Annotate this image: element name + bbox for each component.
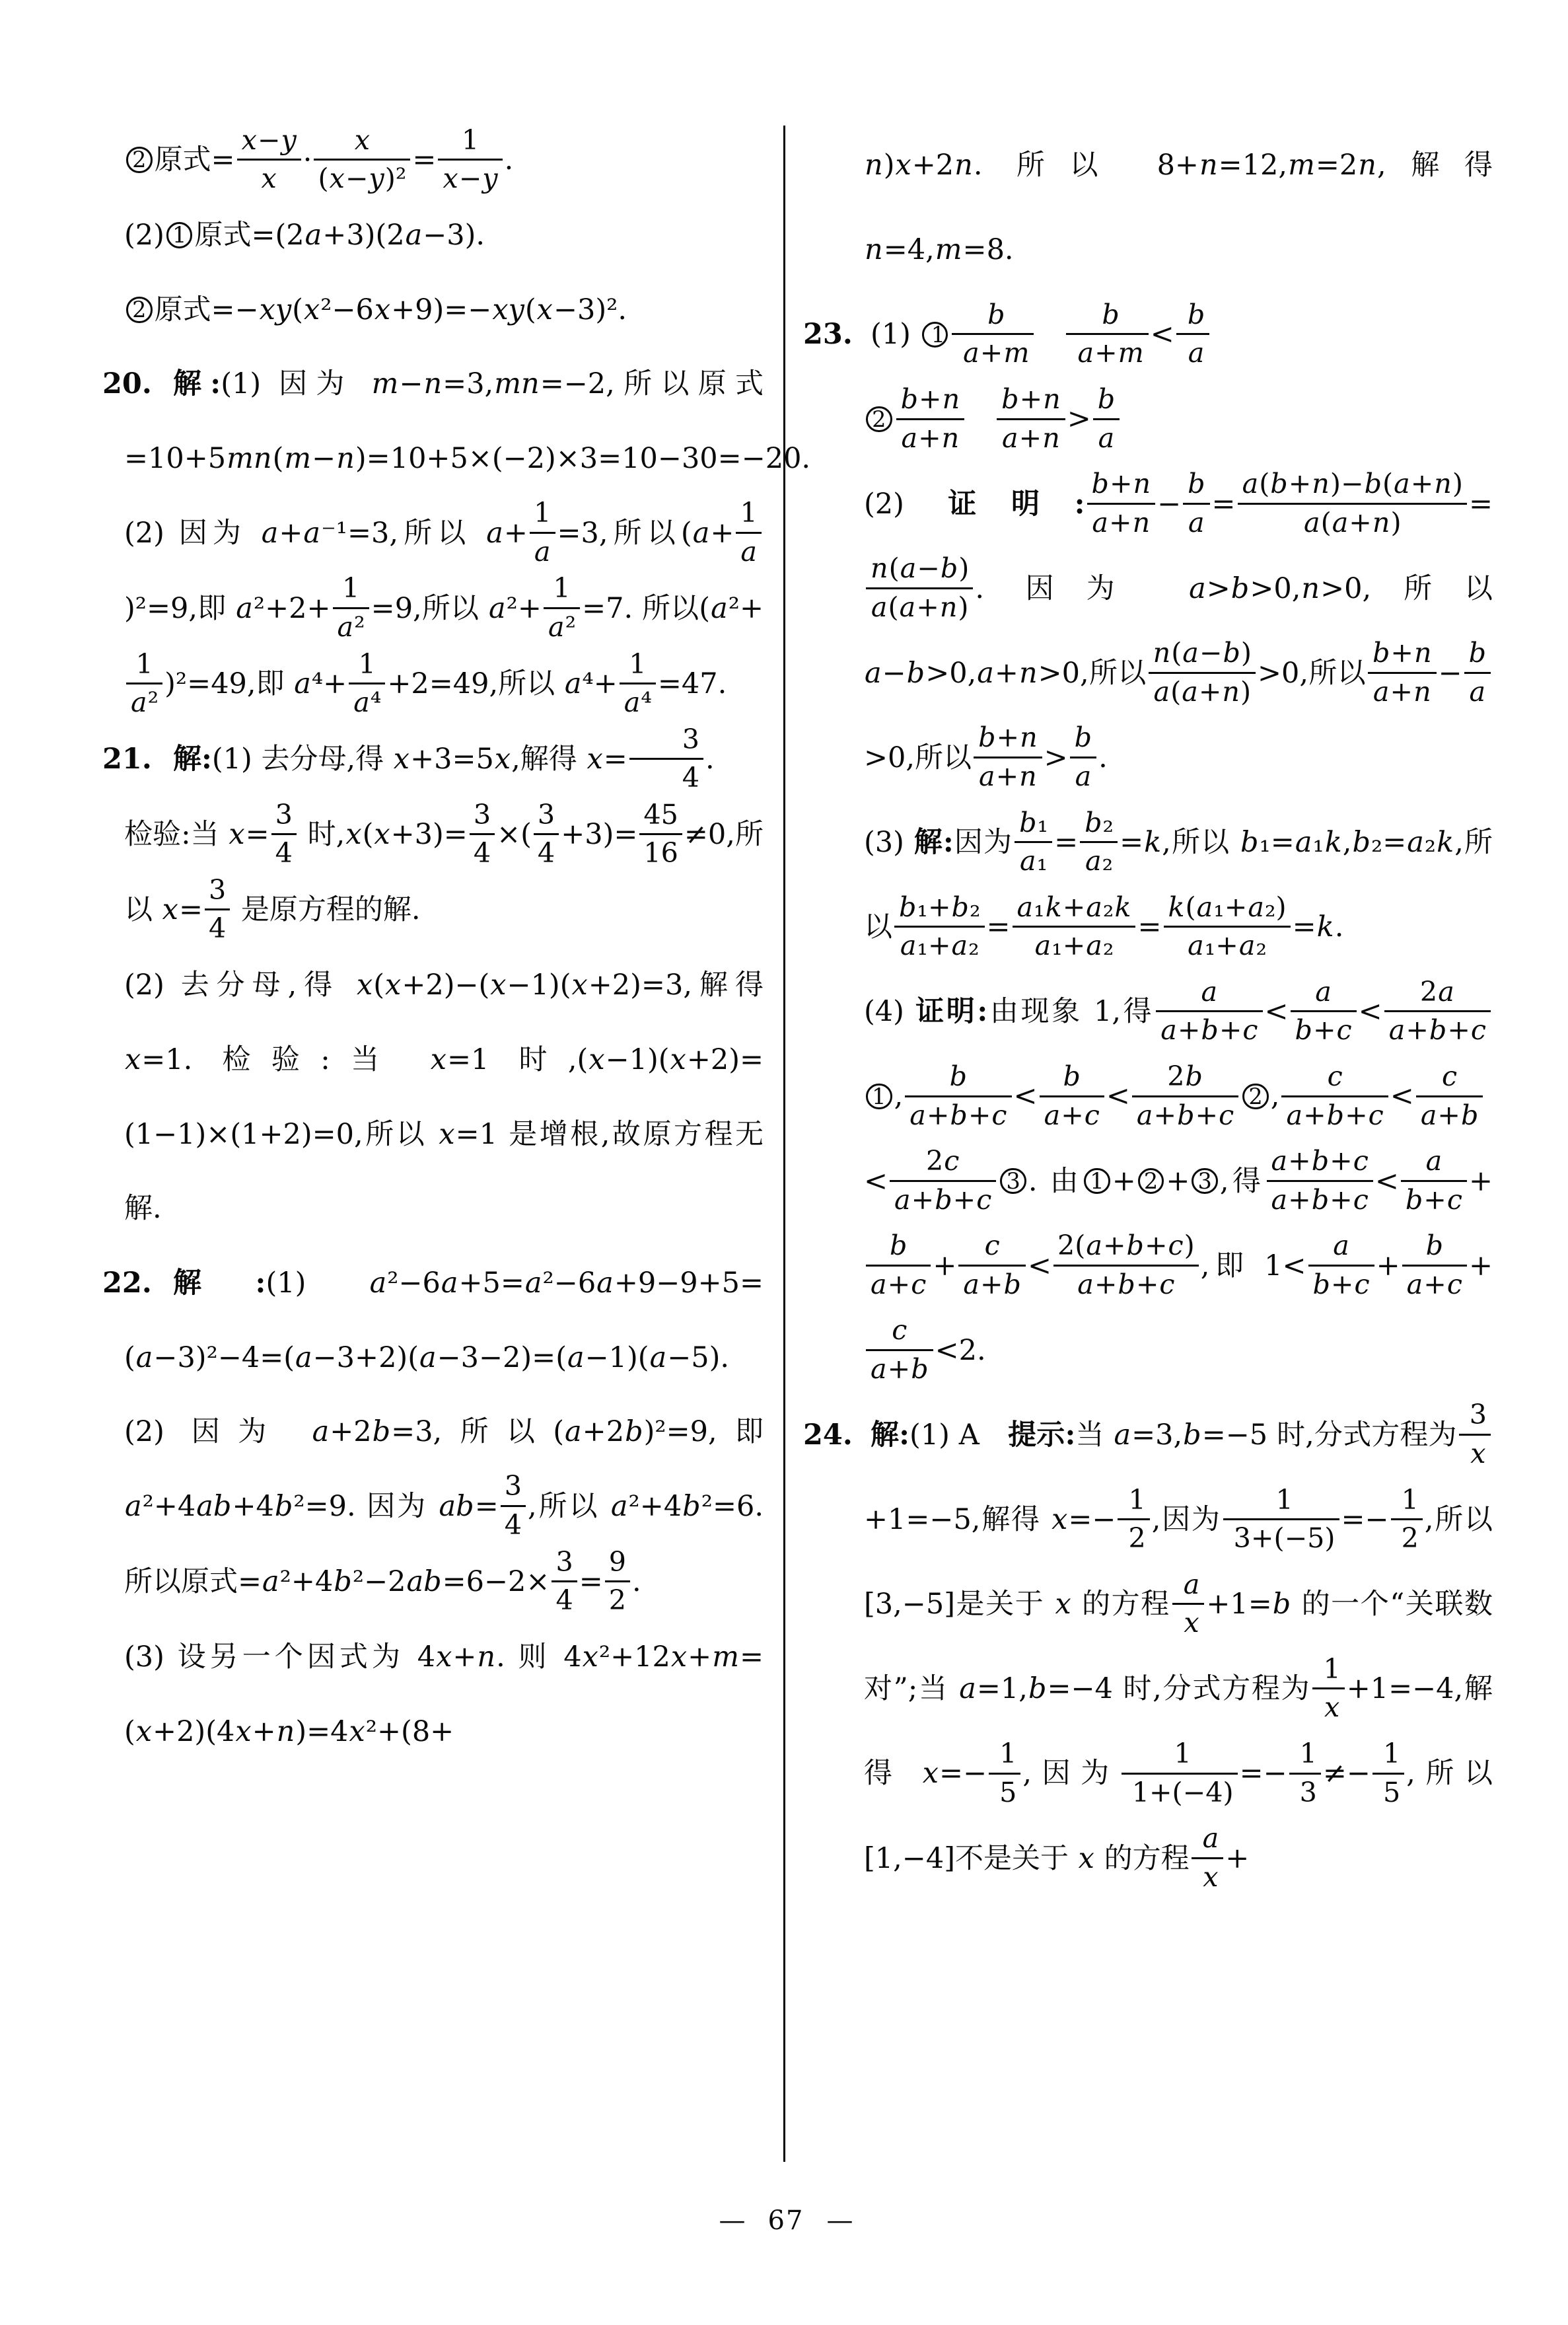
circled-number: 2	[1242, 1084, 1269, 1110]
fraction: 13+(−5)	[1223, 1483, 1339, 1556]
math-variable: x	[1470, 1438, 1486, 1469]
math-variable: x	[1324, 1691, 1340, 1723]
fraction: b₂a₂	[1080, 806, 1118, 879]
fraction: 34	[470, 798, 495, 871]
math-variable: b	[889, 1230, 908, 1261]
solution-paragraph: 解:(1) 因为 m−n=3,mn=−2,所以原式=10+5mn(m−n)=10…	[124, 347, 764, 496]
math-variable: x	[135, 1715, 153, 1748]
math-variable: b	[1460, 1099, 1479, 1131]
math-variable: a	[610, 1490, 629, 1523]
item-number: 22.	[102, 1246, 152, 1321]
math-variable: b	[1429, 1014, 1447, 1046]
math-variable: a	[976, 657, 995, 690]
solution-paragraph: n)x+2n. 所以 8+n=12,m=2n,解得 n=4,m=8.	[864, 123, 1493, 292]
fraction: ba+c	[866, 1229, 931, 1302]
math-variable: b	[1182, 1419, 1202, 1452]
math-variable: a	[871, 591, 888, 623]
math-variable: a	[1201, 976, 1219, 1008]
math-variable: a	[567, 1341, 585, 1374]
math-variable: n	[1153, 637, 1172, 669]
circled-number: 3	[1000, 1168, 1026, 1195]
fraction: ab+c	[1308, 1229, 1374, 1302]
math-variable: c	[1168, 1230, 1184, 1261]
fraction: ca+b+c	[1281, 1060, 1388, 1132]
math-variable: a	[900, 552, 917, 584]
fraction: ba+m	[1066, 298, 1148, 371]
math-variable: a	[1332, 507, 1349, 538]
fraction: 1a²	[333, 572, 369, 644]
bold-label: 提示:	[1008, 1419, 1075, 1452]
solution-paragraph: 解:(1) a²−6a+5=a²−6a+9−9+5=(a−3)²−4=(a−3+…	[124, 1246, 764, 1395]
math-variable: b	[934, 1184, 952, 1216]
math-variable: x	[374, 293, 391, 326]
math-variable: a	[1019, 845, 1037, 877]
math-variable: a	[485, 517, 504, 550]
fraction: b₁+b₂a₁+a₂	[894, 891, 985, 963]
fraction: aa+b+c	[1156, 975, 1262, 1048]
math-variable: mn	[226, 442, 272, 475]
math-variable: ab	[406, 1565, 442, 1598]
fraction: 34	[501, 1469, 526, 1542]
footer-dash-right: —	[826, 2205, 853, 2236]
textbook-answer-page: 2原式=x−yx·x(x−y)²=1x−y.(2)1原式=(2a+3)(2a−3…	[0, 0, 1568, 2325]
math-variable: a	[1202, 1822, 1220, 1854]
fraction: ba	[1176, 298, 1209, 371]
fraction: 15	[989, 1737, 1020, 1810]
math-variable: b	[906, 657, 926, 690]
math-variable: b	[1326, 1099, 1345, 1131]
math-variable: x	[582, 1641, 599, 1674]
math-variable: x	[670, 1641, 688, 1674]
math-variable: a	[303, 517, 321, 550]
math-variable: a	[1182, 637, 1199, 669]
math-variable: a	[1314, 976, 1332, 1008]
fraction: 34	[271, 798, 297, 871]
fraction: ba	[1183, 467, 1209, 540]
math-variable: b	[1126, 1230, 1145, 1261]
fraction: 15	[1372, 1737, 1404, 1810]
fraction: 11+(−4)	[1122, 1737, 1238, 1810]
math-variable: c	[1368, 1099, 1384, 1131]
math-variable: n	[336, 442, 355, 475]
math-variable: x	[1202, 1861, 1219, 1893]
math-variable: b	[1097, 383, 1116, 415]
math-variable: b	[1295, 1014, 1313, 1046]
fraction: ba	[1093, 383, 1120, 455]
solution-paragraph: 解:(1) 去分母,得 x+3=5x,解得 x=34.	[124, 722, 764, 797]
solution-paragraph: (2) 去分母,得 x(x+2)−(x−1)(x+2)=3,解得 x=1. 检验…	[124, 948, 764, 1246]
math-variable: a	[312, 1415, 330, 1448]
math-variable: x	[329, 163, 345, 194]
math-variable: x	[241, 124, 258, 156]
fraction: a₁k+a₂ka₁+a₂	[1013, 891, 1136, 963]
fraction: ca+b	[958, 1229, 1026, 1302]
math-variable: a	[261, 517, 279, 550]
math-variable: a	[1388, 1014, 1406, 1046]
math-variable: c	[1446, 1269, 1463, 1300]
math-variable: a	[1098, 422, 1116, 454]
math-variable: x	[124, 1043, 141, 1076]
fraction: a(b+n)−b(a+n)a(a+n)	[1238, 467, 1467, 540]
math-variable: a	[909, 1099, 927, 1131]
math-variable: a	[353, 686, 371, 718]
circled-number: 3	[1192, 1168, 1218, 1195]
math-variable: a	[900, 930, 917, 961]
math-variable: xy	[491, 293, 525, 326]
math-variable: a	[1001, 422, 1019, 454]
math-variable: a	[1303, 507, 1321, 538]
math-variable: x	[442, 163, 458, 194]
math-variable: b	[949, 1060, 968, 1092]
math-variable: x	[228, 818, 245, 851]
math-variable: b	[274, 1490, 294, 1523]
fraction: ax	[1172, 1568, 1205, 1641]
math-variable: a	[304, 219, 323, 252]
math-variable: b	[1222, 637, 1240, 669]
bold-label: 证明:	[948, 488, 1085, 521]
math-variable: c	[910, 1269, 927, 1300]
math-variable: a	[1077, 1269, 1094, 1300]
math-variable: c	[1242, 1014, 1258, 1046]
fraction: ax	[1192, 1822, 1224, 1894]
math-variable: y	[280, 124, 297, 156]
math-variable: a	[692, 517, 711, 550]
solution-item: 24.解:(1) A 提示:当 a=3,b=−5 时,分式方程为3x+1=−5,…	[864, 1393, 1493, 1901]
math-variable: b	[1018, 807, 1037, 838]
math-variable: m	[1118, 337, 1145, 369]
fraction: ba+m	[952, 298, 1034, 371]
math-variable: a	[1085, 845, 1102, 877]
math-variable: m	[1003, 337, 1030, 369]
circled-number: 2	[1138, 1168, 1164, 1195]
math-variable: x	[356, 969, 373, 1002]
math-variable: c	[976, 1184, 992, 1216]
math-variable: n	[1133, 468, 1152, 499]
math-variable: a	[295, 1341, 313, 1374]
math-variable: b	[682, 1490, 701, 1523]
math-variable: a	[1034, 930, 1052, 961]
math-variable: a	[488, 592, 507, 625]
math-variable: x	[571, 969, 588, 1002]
math-variable: b	[1364, 468, 1382, 499]
math-variable: b	[1240, 826, 1260, 859]
math-variable: a	[958, 1672, 977, 1705]
fraction: b+na+n	[896, 383, 965, 455]
math-variable: a	[441, 1267, 459, 1300]
math-variable: k	[1316, 910, 1335, 943]
right-column: n)x+2n. 所以 8+n=12,m=2n,解得 n=4,m=8.23.(1)…	[864, 123, 1493, 1901]
math-variable: n	[939, 591, 958, 623]
math-variable: a	[1242, 468, 1260, 499]
fraction: 3x	[1459, 1398, 1491, 1471]
math-variable: b	[1028, 1672, 1048, 1705]
math-variable: b	[1117, 1269, 1135, 1300]
fraction: b+na+n	[997, 383, 1065, 455]
math-variable: c	[1441, 1060, 1458, 1092]
bold-label: 解:	[173, 367, 221, 400]
math-variable: b	[1084, 807, 1102, 838]
math-variable: a	[1247, 891, 1265, 923]
math-variable: b	[949, 1099, 968, 1131]
math-variable: b	[951, 891, 970, 923]
fraction: 1a⁴	[620, 647, 656, 720]
math-variable: x	[1051, 1503, 1068, 1536]
math-variable: x	[234, 1715, 252, 1748]
math-variable: a	[1271, 1145, 1289, 1177]
page-number: 67	[768, 2205, 804, 2236]
math-variable: b	[1185, 1060, 1203, 1092]
fraction: 1x−y	[438, 124, 502, 196]
math-variable: n	[954, 149, 974, 182]
fraction: 34	[552, 1545, 577, 1618]
math-variable: x	[354, 124, 371, 156]
fraction: ca+b	[1416, 1060, 1483, 1132]
fraction: ca+b	[866, 1313, 933, 1386]
math-variable: a	[1160, 1014, 1178, 1046]
fraction: b+na+n	[1368, 636, 1437, 709]
math-variable: a	[1044, 1099, 1061, 1131]
math-variable: a	[1136, 1099, 1154, 1131]
bold-label: 解:	[871, 1419, 909, 1452]
math-variable: x	[303, 293, 320, 326]
math-variable: a	[1271, 1184, 1289, 1216]
fraction: a+b+ca+b+c	[1267, 1144, 1373, 1217]
solution-item: 20.解:(1) 因为 m−n=3,mn=−2,所以原式=10+5mn(m−n)…	[124, 347, 764, 722]
math-variable: b	[1351, 826, 1371, 859]
math-variable: a	[1332, 1230, 1350, 1261]
solution-item: 2原式=x−yx·x(x−y)²=1x−y.(2)1原式=(2a+3)(2a−3…	[124, 123, 764, 347]
math-variable: x	[430, 1043, 447, 1076]
solution-paragraph: 2原式=x−yx·x(x−y)²=1x−y.	[124, 123, 764, 198]
math-variable: b	[1187, 468, 1205, 499]
solution-paragraph: 解:(1) A 提示:当 a=3,b=−5 时,分式方程为3x+1=−5,解得 …	[864, 1393, 1493, 1901]
math-variable: a	[899, 591, 917, 623]
math-variable: b	[1269, 468, 1288, 499]
math-variable: ab	[196, 1490, 232, 1523]
solution-paragraph: 2b+na+n b+na+n>ba	[864, 377, 1493, 461]
math-variable: n	[1433, 468, 1452, 499]
math-variable: c	[1218, 1099, 1234, 1131]
math-variable: n	[276, 1715, 296, 1748]
math-variable: m	[1287, 149, 1316, 182]
column-divider-line	[783, 126, 785, 2162]
fraction: 2ba+b+c	[1132, 1060, 1238, 1132]
item-number: 23.	[803, 292, 853, 377]
fraction: ab+c	[1291, 975, 1357, 1048]
math-variable: a	[962, 1269, 980, 1300]
math-variable: m	[283, 442, 312, 475]
math-variable: c	[891, 1314, 908, 1346]
math-variable: a	[293, 667, 312, 700]
math-variable: c	[1158, 1269, 1175, 1300]
math-variable: n	[1018, 760, 1038, 792]
math-variable: n	[1042, 422, 1061, 454]
fraction: 1a²	[126, 647, 162, 720]
solution-paragraph: 检验:当 x=34 时,x(x+3)=34×(34+3)=4516≠0,所以 x…	[124, 797, 764, 948]
math-variable: c	[984, 1230, 1001, 1261]
math-variable: a	[596, 1267, 614, 1300]
footer-dash-left: —	[719, 2205, 746, 2236]
math-variable: k	[1045, 891, 1063, 923]
math-variable: b	[333, 1565, 353, 1598]
math-variable: x	[670, 1043, 687, 1076]
math-variable: a	[1469, 676, 1487, 708]
fraction: 12	[1391, 1483, 1423, 1556]
item-number: 24.	[803, 1393, 853, 1477]
math-variable: a	[1085, 891, 1103, 923]
math-variable: a	[1420, 1099, 1438, 1131]
math-variable: x	[588, 1043, 605, 1076]
math-variable: y	[368, 163, 384, 194]
math-variable: n	[1018, 657, 1038, 690]
circled-number: 1	[922, 322, 948, 348]
math-variable: a	[1196, 891, 1214, 923]
fraction: 34	[534, 798, 559, 871]
solution-paragraph: (1) 1ba+m ba+m<ba	[864, 292, 1493, 377]
math-variable: a	[1188, 337, 1205, 369]
math-variable: b	[1074, 721, 1092, 753]
math-variable: a	[124, 1490, 143, 1523]
fraction: 12	[1118, 1483, 1149, 1556]
math-variable: b	[1001, 383, 1019, 415]
math-variable: a	[1091, 507, 1109, 538]
bold-label: 证明:	[915, 995, 987, 1028]
math-variable: a	[405, 219, 423, 252]
math-variable: n	[1301, 572, 1320, 605]
solution-paragraph: (2)1原式=(2a+3)(2a−3).	[124, 198, 764, 273]
math-variable: a	[419, 1341, 437, 1374]
math-variable: a	[1238, 930, 1256, 961]
math-variable: a	[1016, 891, 1034, 923]
math-variable: k	[1114, 891, 1131, 923]
math-variable: n	[1132, 507, 1151, 538]
fraction: ba+b+c	[905, 1060, 1011, 1132]
fraction: b+na+n	[1087, 467, 1156, 540]
math-variable: x	[373, 818, 390, 851]
math-variable: b	[900, 383, 919, 415]
math-variable: a	[870, 1353, 888, 1385]
fraction: ba	[1464, 636, 1491, 709]
math-variable: b	[898, 891, 917, 923]
solution-paragraph: (2) 因为 a+2b=3,所以(a+2b)²=9,即 a²+4ab+4b²=9…	[124, 1395, 764, 1620]
math-variable: c	[1353, 1145, 1369, 1177]
math-variable: n	[1311, 468, 1330, 499]
math-variable: x	[536, 293, 553, 326]
math-variable: c	[1446, 1184, 1463, 1216]
math-variable: b	[978, 721, 996, 753]
math-variable: n	[1042, 383, 1061, 415]
fraction: x(x−y)²	[314, 124, 410, 196]
math-variable: a	[1113, 1419, 1131, 1452]
math-variable: x	[384, 969, 402, 1002]
circled-number: 1	[1084, 1168, 1110, 1195]
math-variable: k	[1168, 891, 1186, 923]
bold-label: 解:	[173, 1267, 266, 1300]
fraction: n(a−b)a(a+n)	[1149, 636, 1256, 709]
math-variable: a	[1075, 760, 1092, 792]
math-variable: a	[978, 760, 996, 792]
math-variable: x	[162, 893, 179, 926]
bold-label: 解:	[173, 743, 212, 776]
math-variable: ab	[439, 1490, 475, 1523]
math-variable: c	[1470, 1014, 1487, 1046]
math-variable: a	[1406, 826, 1425, 859]
circled-number: 1	[166, 222, 193, 248]
left-column: 2原式=x−yx·x(x−y)²=1x−y.(2)1原式=(2a+3)(2a−3…	[124, 123, 764, 1769]
math-variable: x	[494, 743, 511, 776]
fraction: b₁a₁	[1015, 806, 1052, 879]
math-variable: b	[1003, 1269, 1022, 1300]
fraction: x−yx	[237, 124, 301, 196]
math-variable: a	[740, 536, 758, 568]
math-variable: k	[1143, 826, 1162, 859]
fraction: b+na+n	[974, 721, 1042, 793]
math-variable: c	[1084, 1099, 1100, 1131]
fraction: 92	[605, 1545, 630, 1618]
solution-paragraph: (4) 证明:由现象 1,得aa+b+c<ab+c<2aa+b+c1,ba+b+…	[864, 969, 1493, 1393]
math-variable: xy	[259, 293, 293, 326]
math-variable: a	[962, 337, 980, 369]
math-variable: b	[1091, 468, 1110, 499]
math-variable: a	[524, 1267, 543, 1300]
circled-number: 2	[126, 147, 153, 173]
math-variable: a	[548, 611, 565, 643]
math-variable: a	[1085, 1230, 1103, 1261]
fraction: 34	[629, 723, 703, 795]
math-variable: x	[438, 1118, 455, 1151]
fraction: ab+c	[1401, 1144, 1467, 1217]
math-variable: y	[481, 163, 498, 194]
fraction: ba	[1070, 721, 1096, 793]
math-variable: b	[1468, 637, 1487, 669]
math-variable: x	[1183, 1607, 1199, 1639]
math-variable: c	[1327, 1060, 1343, 1092]
math-variable: x	[435, 1641, 452, 1674]
solution-item: 23.(1) 1ba+m ba+m<ba2b+na+n b+na+n>ba(2)…	[864, 292, 1493, 1393]
math-variable: c	[943, 1145, 960, 1177]
math-variable: a	[1183, 1568, 1201, 1600]
math-variable: a	[130, 686, 148, 718]
math-variable: n	[476, 1641, 496, 1674]
fraction: 1x	[1312, 1652, 1344, 1725]
math-variable: mn	[493, 367, 540, 400]
math-variable: x	[1078, 1842, 1095, 1875]
page-footer: —67—	[680, 2205, 892, 2236]
fraction: 4516	[639, 798, 682, 871]
math-variable: a	[1425, 1145, 1443, 1177]
math-variable: b	[1311, 1184, 1330, 1216]
solution-paragraph: 2原式=−xy(x²−6x+9)=−xy(x−3)².	[124, 273, 764, 348]
math-variable: a	[337, 611, 355, 643]
fraction: 1a	[530, 496, 555, 569]
math-variable: a	[894, 1184, 911, 1216]
fraction: 2(a+b+c)a+b+c	[1053, 1229, 1199, 1302]
math-variable: a	[1077, 337, 1094, 369]
math-variable: c	[1354, 1269, 1371, 1300]
math-variable: n	[1019, 721, 1038, 753]
fraction: ba+c	[1402, 1229, 1467, 1302]
math-variable: x	[489, 969, 507, 1002]
math-variable: b	[624, 1415, 644, 1448]
math-variable: n	[1199, 149, 1219, 182]
solution-paragraph: (2) 因为 a+a⁻¹=3,所以 a+1a=3,所以(a+1a)²=9,即 a…	[124, 496, 764, 722]
math-variable: b	[1425, 1230, 1444, 1261]
solution-item: 22.解:(1) a²−6a+5=a²−6a+9−9+5=(a−3)²−4=(a…	[124, 1246, 764, 1769]
math-variable: n	[1357, 149, 1377, 182]
math-variable: a	[564, 1415, 583, 1448]
math-variable: a	[1406, 1269, 1424, 1300]
math-variable: k	[1324, 826, 1343, 859]
